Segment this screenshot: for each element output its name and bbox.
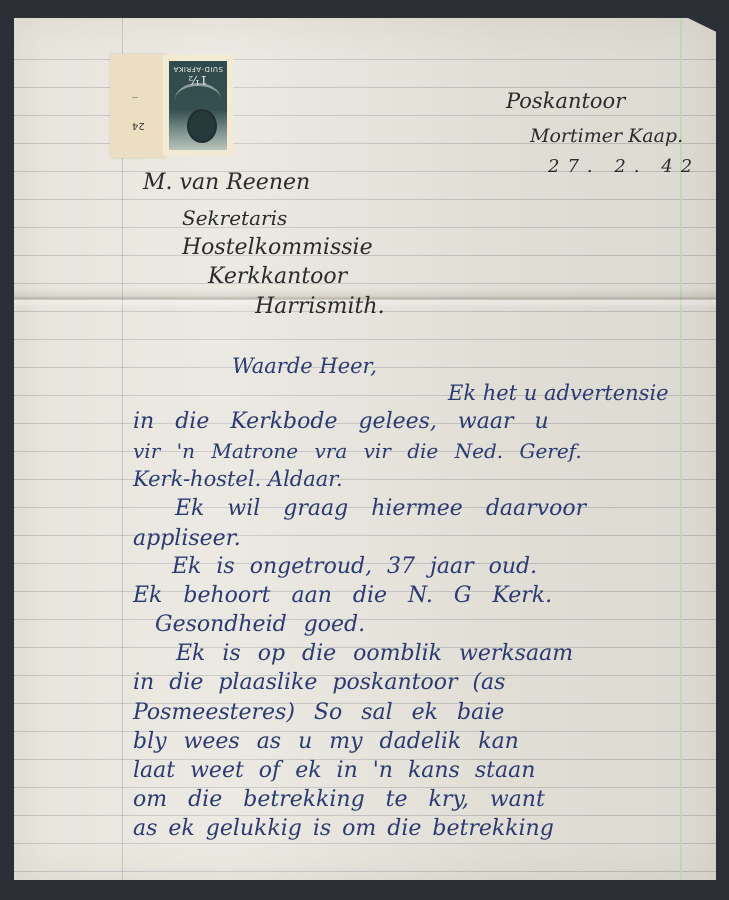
selvage-mark: —	[132, 94, 138, 101]
salutation: Waarde Heer,	[232, 356, 377, 377]
stamp-selvage: — 24	[110, 54, 166, 158]
body-line-4: Kerk-hostel. Aldaar.	[133, 469, 343, 490]
stamp-emblem-icon	[187, 109, 217, 143]
sender-town: Mortimer Kaap.	[530, 127, 683, 146]
body-line-15: om die betrekking te kry, want	[133, 789, 545, 811]
sender-place: Poskantoor	[506, 91, 625, 112]
body-line-13: bly wees as u my dadelik kan	[133, 731, 519, 753]
letter-date: 27. 2. 42	[548, 158, 700, 176]
body-line-3: vir 'n Matrone vra vir die Ned. Geref.	[133, 441, 582, 461]
body-line-5: Ek wil graag hiermee daarvoor	[175, 498, 586, 520]
body-line-10: Ek is op die oomblik werksaam	[176, 643, 573, 665]
stamp-country: SUID-AFRIKA	[169, 65, 227, 73]
postage-stamp: SUID-AFRIKA 1½	[163, 55, 233, 156]
recipient-committee: Hostelkommissie	[182, 237, 373, 259]
recipient-office: Kerkkantoor	[208, 266, 347, 288]
body-line-16: as ek gelukkig is om die betrekking	[133, 818, 554, 840]
body-line-7: Ek is ongetroud, 37 jaar oud.	[172, 556, 537, 578]
recipient-town: Harrismith.	[255, 296, 385, 318]
body-line-6: appliseer.	[133, 528, 241, 550]
body-line-11: in die plaaslike poskantoor (as	[133, 672, 505, 694]
selvage-number: 24	[132, 120, 145, 131]
stamp-image: SUID-AFRIKA 1½	[169, 61, 227, 150]
recipient-title: Sekretaris	[182, 208, 287, 228]
body-line-1: Ek het u advertensie	[448, 383, 669, 404]
body-line-12: Posmeesteres) So sal ek baie	[133, 702, 504, 724]
body-line-14: laat weet of ek in 'n kans staan	[133, 760, 535, 782]
body-line-8: Ek behoort aan die N. G Kerk.	[133, 585, 552, 607]
body-line-2: in die Kerkbode gelees, waar u	[133, 411, 549, 433]
body-line-9: Gesondheid goed.	[155, 614, 365, 636]
right-margin-line	[680, 18, 682, 880]
recipient-name: M. van Reenen	[143, 172, 310, 194]
